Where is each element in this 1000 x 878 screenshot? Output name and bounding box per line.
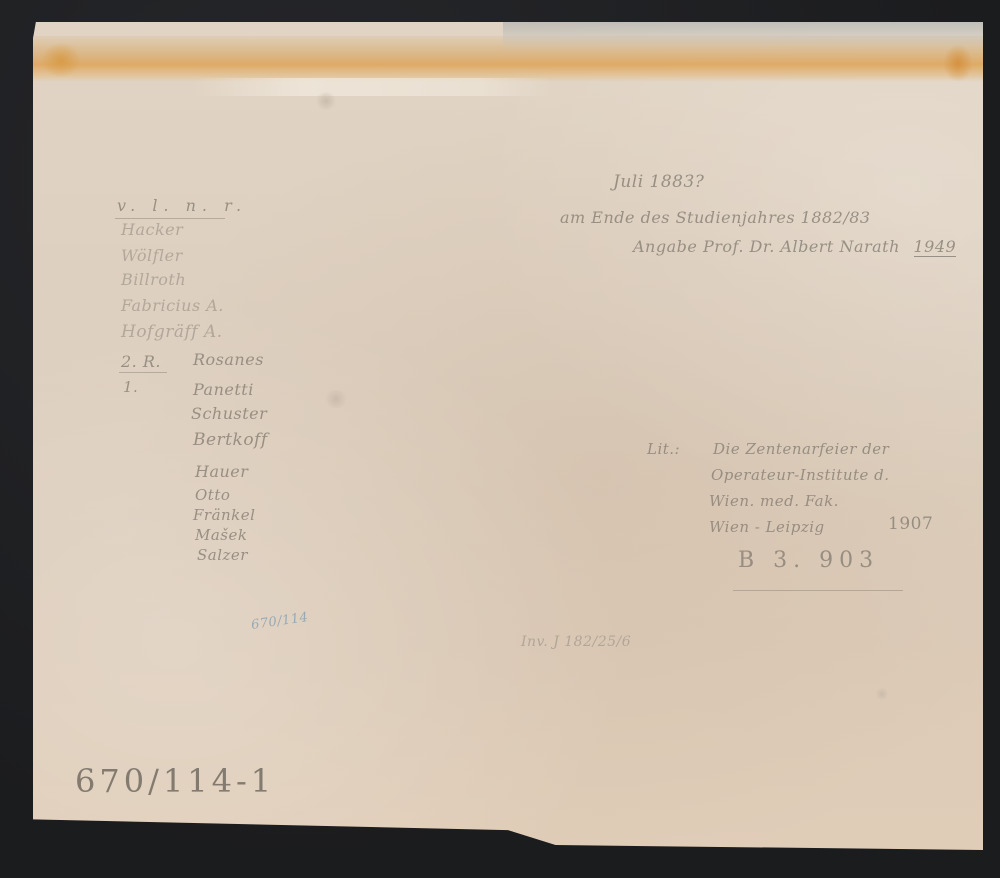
list-header: v. l. n. r.: [117, 196, 247, 215]
photo-mount-back: Juli 1883? am Ende des Studienjahres 188…: [33, 22, 983, 850]
literature-line-3: Wien. med. Fak.: [709, 492, 839, 510]
name-11: Otto: [195, 486, 230, 504]
date-note: Juli 1883?: [613, 172, 704, 192]
source-note: Angabe Prof. Dr. Albert Narath 1949: [633, 237, 956, 256]
name-8: Schuster: [191, 404, 267, 423]
inventory-note: Inv. J 182/25/6: [521, 634, 631, 650]
call-number: B 3. 903: [738, 548, 879, 573]
inventory-number: 670/114-1: [75, 762, 275, 800]
stain-spot: [875, 688, 889, 700]
row-label-underline: [119, 372, 167, 373]
tape-stain-left-end: [41, 42, 81, 78]
name-12: Fränkel: [193, 506, 255, 524]
name-7: Panetti: [193, 380, 254, 399]
name-10: Hauer: [195, 462, 248, 481]
row-2-label: 2. R.: [121, 352, 161, 371]
call-number-underline: [733, 590, 903, 591]
source-name: Angabe Prof. Dr. Albert Narath: [633, 237, 900, 256]
name-6: Rosanes: [193, 350, 264, 369]
literature-line-2: Operateur-Institute d.: [711, 466, 890, 484]
name-5: Hofgräff A.: [121, 322, 223, 342]
academic-year-note: am Ende des Studienjahres 1882/83: [560, 208, 871, 227]
header-underline: [115, 218, 225, 219]
literature-line-4: Wien - Leipzig: [709, 518, 825, 536]
source-year: 1949: [914, 237, 957, 257]
name-14: Salzer: [197, 546, 248, 564]
literature-year: 1907: [888, 514, 933, 534]
stain-spot: [323, 390, 349, 408]
literature-line-1: Die Zentenarfeier der: [713, 440, 889, 458]
name-2: Wölfler: [121, 246, 183, 265]
blue-pencil-note: 670/114: [250, 610, 309, 633]
name-1: Hacker: [121, 220, 183, 239]
literature-label: Lit.:: [647, 440, 680, 458]
name-3: Billroth: [121, 270, 186, 289]
row-marker: 1.: [123, 378, 138, 396]
name-13: Mašek: [195, 526, 247, 544]
tape-residue: [193, 78, 553, 96]
stain-spot: [315, 92, 337, 110]
name-4: Fabricius A.: [121, 296, 224, 315]
name-9: Bertkoff: [193, 430, 268, 450]
